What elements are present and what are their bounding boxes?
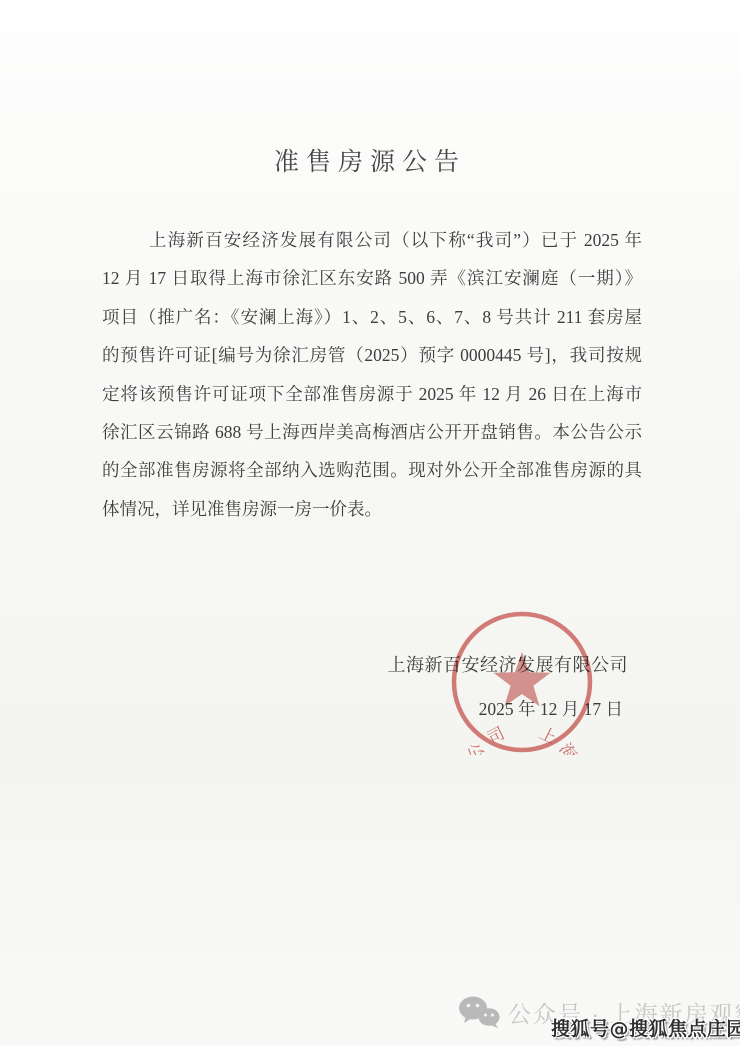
body-line: 项目（推广名：《安澜上海》）1、2、5、6、7、8 号共计 211 套房屋 <box>102 298 642 336</box>
body-line: 定将该预售许可证项下全部准售房源于 2025 年 12 月 26 日在上海市 <box>102 375 642 413</box>
seal-star-icon <box>494 652 551 706</box>
body-line: 的预售许可证[编号为徐汇房管（2025）预字 0000445 号]，我司按规 <box>102 336 642 374</box>
body-line: 体情况，详见准售房源一房一价表。 <box>102 490 642 528</box>
sohu-watermark: 搜狐号@搜狐焦点庄园站 <box>551 1014 740 1041</box>
body-line: 上海新百安经济发展有限公司（以下称“我司”）已于 2025 年 <box>102 221 642 259</box>
body-line: 12 月 17 日取得上海市徐汇区东安路 500 弄《滨江安澜庭（一期）》 <box>102 259 642 297</box>
announcement-document: 准售房源公告 上海新百安经济发展有限公司（以下称“我司”）已于 2025 年 1… <box>0 0 740 1046</box>
announcement-body: 上海新百安经济发展有限公司（以下称“我司”）已于 2025 年 12 月 17 … <box>102 221 642 528</box>
body-line: 的全部准售房源将全部纳入选购范围。现对外公开全部准售房源的具 <box>102 451 642 489</box>
company-seal-stamp: 上海新百安经济发展有限公司 <box>449 609 595 755</box>
wechat-icon <box>458 995 500 1029</box>
body-line: 徐汇区云锦路 688 号上海西岸美高梅酒店公开开盘销售。本公告公示 <box>102 413 642 451</box>
page-title: 准售房源公告 <box>0 142 740 178</box>
